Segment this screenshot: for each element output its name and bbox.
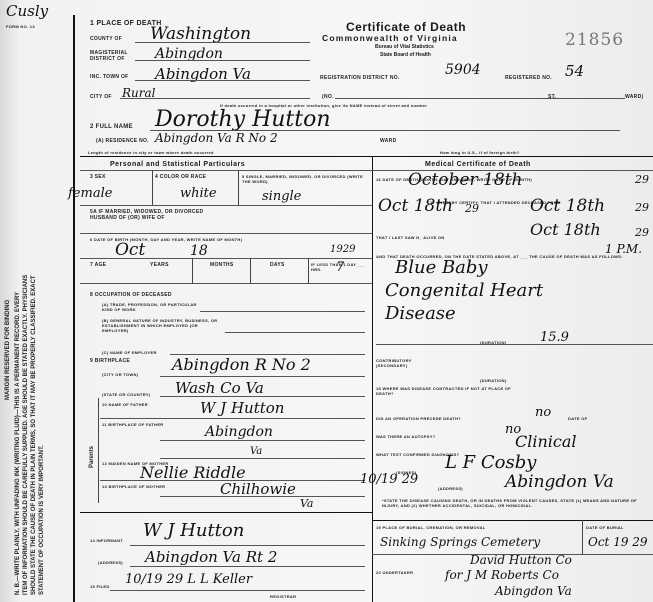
age-hours-value: 7 — [336, 260, 344, 275]
corner-note: Cusly — [6, 2, 48, 20]
mother-birthplace-label: 13 Birthplace of Mother — [102, 484, 165, 489]
board-label: State Board of Health — [380, 52, 431, 58]
attended-from-value: Oct 18th — [378, 196, 453, 216]
duration-label-2: (duration) — [480, 378, 506, 383]
signed-date: 10/19 29 — [360, 472, 418, 487]
certificate-number: 21856 — [565, 30, 624, 50]
contracted-label: 18 Where was disease contracted if not a… — [376, 386, 526, 396]
color-value: white — [180, 186, 217, 201]
rule — [120, 98, 310, 99]
length-of-residence-label: Length of residence in city or town wher… — [88, 150, 214, 155]
informant-label: 14 Informant — [90, 538, 123, 543]
operation-label: Did an operation precede death? — [376, 416, 461, 421]
rule — [335, 98, 625, 99]
rule — [110, 590, 365, 591]
full-name-label: 2 Full Name — [90, 124, 133, 130]
attended-to-value: Oct 18th — [530, 196, 605, 216]
occupation-b-label: (b) General nature of industry, business… — [102, 318, 222, 333]
dob-label: 6 Date of Birth (month, day and year, wr… — [90, 237, 242, 242]
confirmed-value: Clinical — [515, 432, 577, 451]
residence-label: (a) Residence No. — [96, 138, 149, 144]
mother-state-value: Va — [300, 497, 314, 510]
marital-value: single — [262, 189, 301, 204]
binding-rule — [73, 15, 75, 602]
occupation-c-label: (c) Name of employer — [102, 350, 157, 355]
full-name-value: Dorothy Hutton — [155, 107, 331, 132]
rule — [250, 258, 251, 283]
father-state-value: Va — [250, 446, 262, 457]
registration-district-label: Registration District No. — [320, 75, 400, 81]
ward-label: Ward) — [625, 94, 643, 100]
ward-label-2: Ward — [380, 138, 396, 144]
rule — [80, 233, 372, 234]
cause-line-2: Congenital Heart — [385, 280, 543, 301]
birthplace-city-label: (city or town) — [102, 372, 138, 377]
no-label: (No. — [322, 94, 334, 100]
undertaker-label: 20 Undertaker — [376, 570, 413, 575]
age-months-label: Months — [210, 262, 233, 268]
registered-no-value: 54 — [565, 62, 584, 80]
rule — [152, 170, 153, 205]
margin-binding-note: MARGIN RESERVED FOR BINDING — [4, 300, 12, 400]
informant-address-value: Abingdon Va Rt 2 — [145, 548, 277, 566]
bureau-label: Bureau of Vital Statistics — [375, 44, 434, 50]
footnote: *State the Disease Causing Death, or in … — [382, 498, 652, 508]
father-city-value: Abingdon — [205, 424, 273, 440]
last-saw-value: Oct 18th — [530, 220, 601, 239]
dob-day: 18 — [190, 243, 208, 259]
father-birthplace-label: 11 Birthplace of Father — [102, 422, 164, 427]
form-number: Form No. 13 — [6, 24, 35, 29]
age-label: 7 Age — [90, 262, 106, 268]
occupation-a-label: (a) Trade, profession, or particular kin… — [102, 302, 202, 312]
medical-heading: Medical Certificate of Death — [425, 161, 531, 168]
rule — [160, 396, 365, 397]
rule — [80, 156, 653, 157]
registered-no-label: Registered No. — [505, 75, 552, 81]
cause-line-3: Disease — [385, 303, 456, 324]
burial-label: 19 Place of Burial, Cremation, or Remova… — [376, 525, 486, 530]
rule — [225, 332, 365, 333]
filed-label: 15 Filed — [90, 584, 110, 589]
margin-line: STATEMENT OF OCCUPATION IS VERY IMPORTAN… — [38, 275, 46, 595]
margin-instructions: N. B.—WRITE PLAINLY, WITH UNFADING INK (… — [14, 275, 46, 595]
county-label: County of — [90, 36, 122, 42]
birthplace-state-value: Wash Co Va — [175, 379, 264, 397]
informant-address-label: (Address) — [98, 560, 123, 565]
cause-line-1: Blue Baby — [395, 257, 488, 278]
duration-value: 15.9 — [540, 330, 569, 345]
us-residence-label: How long in U.S., if of foreign birth? — [440, 150, 520, 155]
rule — [135, 80, 310, 81]
rule — [160, 496, 365, 497]
physician-address-label: (Address) — [438, 486, 463, 491]
operation-value: no — [535, 405, 551, 420]
death-certificate: Cusly Form No. 13 N. B.—WRITE PLAINLY, W… — [0, 0, 653, 602]
rule — [160, 440, 365, 441]
filed-value: 10/19 29 L L Keller — [125, 572, 252, 587]
registrar-label: Registrar — [270, 594, 296, 599]
sex-value: female — [68, 186, 112, 201]
rule — [376, 344, 653, 345]
marital-label: 5 Single, Married, Widowed, or Divorced … — [242, 174, 367, 184]
attended-from-year: 29 — [465, 202, 479, 215]
certificate-subtitle: Commonwealth of Virginia — [322, 33, 458, 43]
undertaker-line-1: David Hutton Co — [470, 553, 572, 567]
parents-label: Parents — [88, 446, 96, 468]
rule — [80, 205, 372, 206]
occupation-label: 8 Occupation of Deceased — [90, 292, 172, 298]
age-years-label: Years — [150, 262, 169, 268]
rule — [80, 258, 372, 259]
sex-label: 3 Sex — [90, 174, 106, 180]
father-label: 10 Name of Father — [102, 402, 148, 407]
registration-district-value: 5904 — [445, 62, 481, 78]
rule — [130, 566, 365, 567]
color-label: 4 Color or Race — [155, 174, 206, 180]
dob-month: Oct — [115, 240, 145, 260]
rule — [308, 258, 309, 283]
burial-date-label: Date of Burial — [586, 525, 624, 530]
rule — [100, 418, 365, 419]
town-label: Inc. Town of — [90, 74, 129, 80]
st-label: St. — [548, 94, 556, 100]
burial-value: Sinking Springs Cemetery — [380, 535, 540, 549]
physician-value: L F Cosby — [445, 452, 536, 473]
certificate-title: Certificate of Death — [346, 20, 466, 34]
rule — [372, 520, 653, 521]
rule — [80, 283, 372, 284]
margin-line: N. B.—WRITE PLAINLY, WITH UNFADING INK (… — [14, 275, 22, 595]
birthplace-state-label: (State or country) — [102, 392, 150, 397]
rule — [80, 512, 372, 513]
rule — [160, 458, 365, 459]
rule — [192, 258, 193, 283]
last-saw-year: 29 — [635, 226, 649, 239]
birthplace-label: 9 Birthplace — [90, 358, 130, 364]
personal-heading: Personal and Statistical Particulars — [110, 161, 245, 168]
father-value: W J Hutton — [200, 399, 284, 417]
informant-value: W J Hutton — [143, 520, 244, 541]
residence-value: Abingdon Va R No 2 — [155, 131, 278, 145]
rule — [238, 170, 239, 205]
rule — [135, 60, 310, 61]
undertaker-line-2: for J M Roberts Co — [445, 568, 559, 582]
contributory-label: Contributory (secondary) — [376, 358, 436, 368]
attended-to-year: 29 — [635, 201, 649, 214]
rule — [130, 545, 365, 546]
rule — [582, 520, 583, 554]
margin-line: ITEM OF INFORMATION SHOULD BE CAREFULLY … — [22, 275, 30, 595]
date-of-label: Date of — [568, 416, 587, 421]
date-of-death-value: October 18th — [408, 170, 522, 190]
rule — [98, 398, 99, 503]
dob-year: 1929 — [330, 244, 355, 255]
rule — [160, 376, 365, 377]
physician-address-value: Abingdon Va — [505, 472, 614, 492]
undertaker-address: Abingdon Va — [495, 584, 572, 598]
age-days-label: Days — [270, 262, 285, 268]
county-value: Washington — [150, 24, 251, 44]
last-saw-label: That I last saw h_ alive on — [376, 235, 445, 240]
column-divider — [372, 156, 373, 602]
birthplace-city-value: Abingdon R No 2 — [172, 355, 311, 374]
autopsy-label: Was there an autopsy? — [376, 434, 436, 439]
date-of-death-year: 29 — [635, 173, 649, 186]
margin-line: SHOULD STATE THE CAUSE OF DEATH IN PLAIN… — [30, 275, 38, 595]
burial-date-value: Oct 19 29 — [588, 535, 648, 549]
rule — [80, 170, 372, 171]
rule — [135, 42, 310, 43]
spouse-label: 5a If Married, Widowed, or Divorced Husb… — [90, 209, 210, 221]
rule — [200, 311, 365, 312]
city-label: City of — [90, 94, 112, 100]
magisterial-label: Magisterial District of — [90, 50, 135, 62]
